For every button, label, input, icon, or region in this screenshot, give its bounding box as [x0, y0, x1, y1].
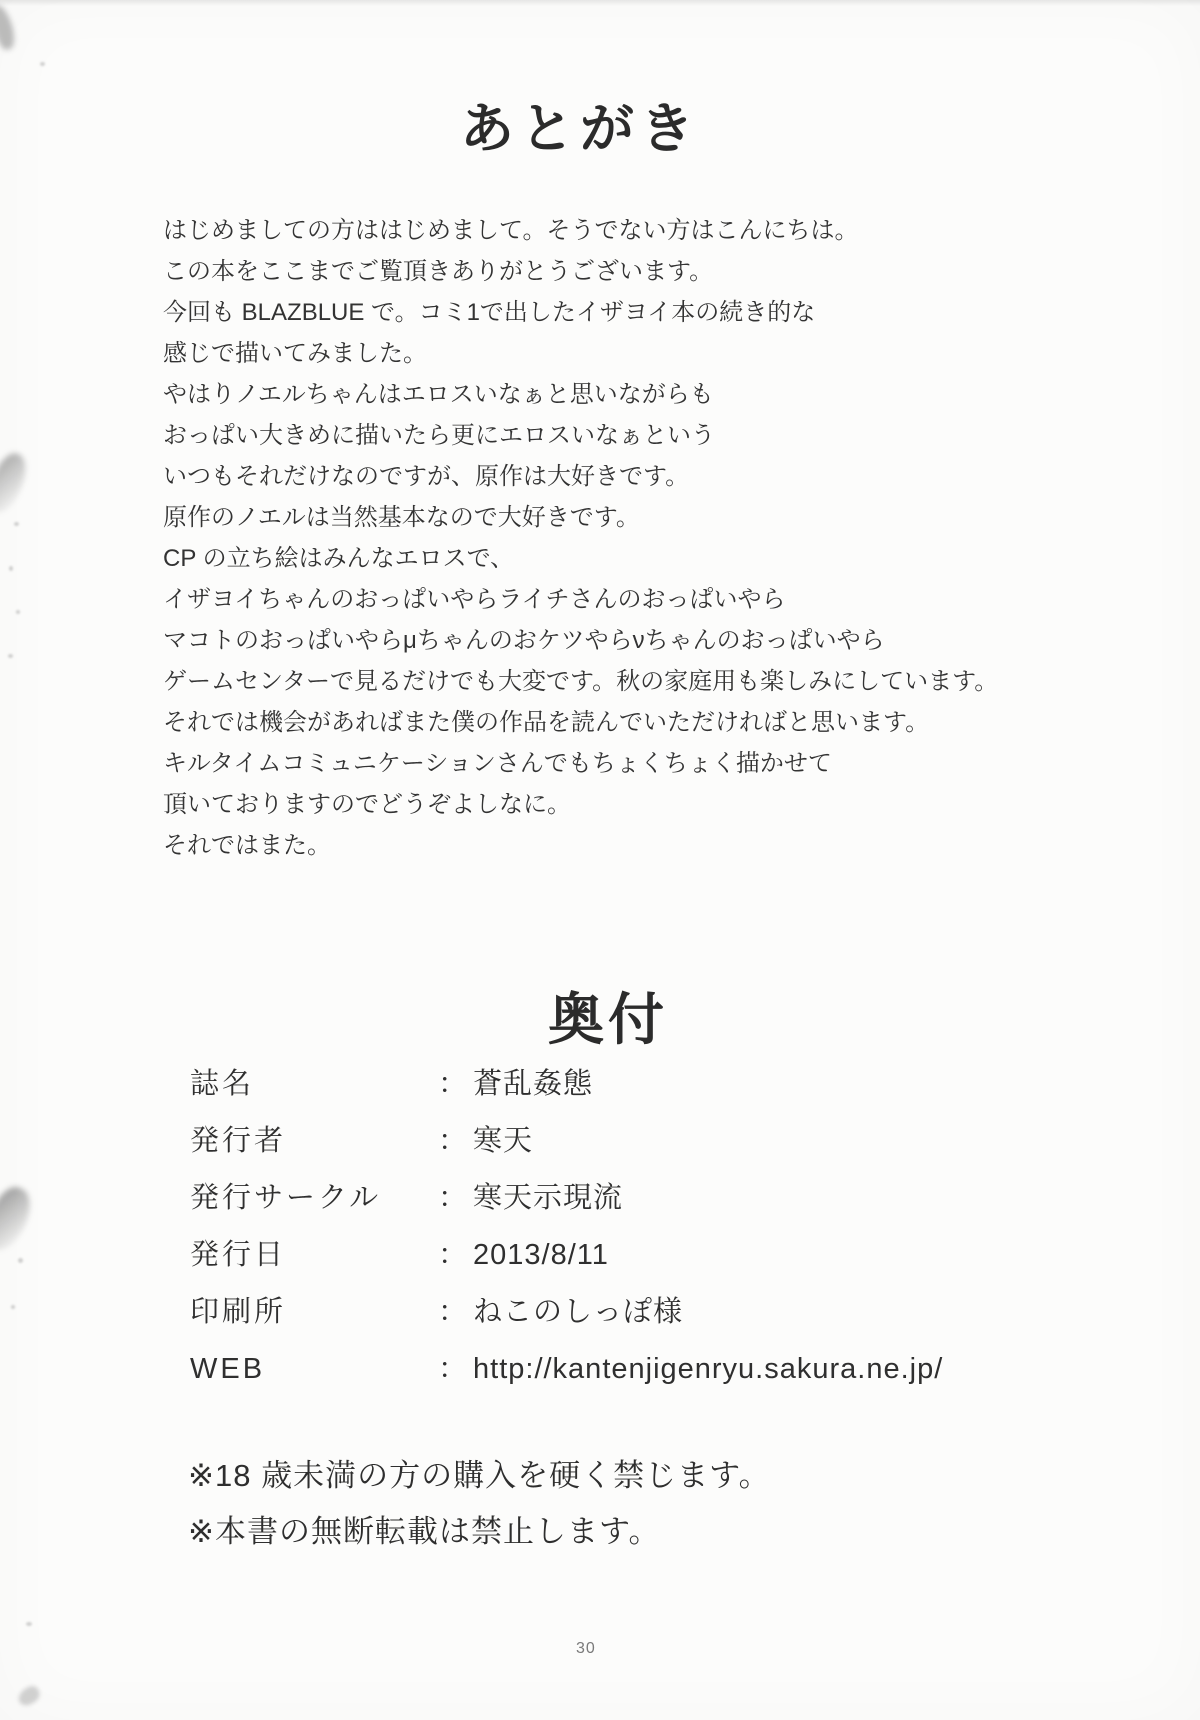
afterword-line: おっぱい大きめに描いたら更にエロスいなぁという	[163, 415, 1143, 456]
colophon-value: ねこのしっぽ様	[473, 1284, 683, 1341]
afterword-line: いつもそれだけなのですが、原作は大好きです。	[163, 456, 1143, 497]
colophon-colon: ：	[438, 1284, 467, 1341]
afterword-line: やはりノエルちゃんはエロスいなぁと思いながらも	[163, 374, 1143, 415]
afterword-line: はじめましての方ははじめまして。そうでない方はこんにちは。	[163, 210, 1143, 251]
colophon-row-circle: 発行サークル ： 寒天示現流	[190, 1170, 943, 1227]
colophon-colon: ：	[438, 1113, 467, 1170]
afterword-line: それではまた。	[163, 825, 1143, 866]
afterword-heading: あとがき	[0, 86, 1160, 163]
afterword-line: ゲームセンターで見るだけでも大変です。秋の家庭用も楽しみにしています。	[163, 661, 1143, 702]
colophon-label: 発行者	[190, 1113, 438, 1170]
scan-smudge	[15, 1684, 42, 1709]
colophon-colon: ：	[438, 1227, 467, 1284]
colophon-row-web: WEB ： http://kantenjigenryu.sakura.ne.jp…	[190, 1341, 943, 1398]
colophon-value: 寒天	[473, 1113, 533, 1170]
afterword-line: マコトのおっぱいやらμちゃんのおケツやらνちゃんのおっぱいやら	[163, 620, 1143, 661]
colophon-value: 2013/8/11	[473, 1227, 609, 1284]
scanned-doujin-afterword-page: あとがき はじめましての方ははじめまして。そうでない方はこんにちは。 この本をこ…	[0, 0, 1200, 1720]
afterword-line: キルタイムコミュニケーションさんでもちょくちょく描かせて	[163, 743, 1143, 784]
scan-speck	[14, 522, 19, 526]
afterword-line: 頂いておりますのでどうぞよしなに。	[163, 784, 1143, 825]
scan-speck	[26, 1622, 32, 1626]
colophon-row-printer: 印刷所 ： ねこのしっぽ様	[190, 1284, 943, 1341]
scan-smudge	[0, 1181, 39, 1256]
afterword-body: はじめましての方ははじめまして。そうでない方はこんにちは。 この本をここまでご覧…	[163, 210, 1143, 866]
scan-speck	[11, 1305, 15, 1309]
afterword-line: 原作のノエルは当然基本なので大好きです。	[163, 497, 1143, 538]
colophon-row-title: 誌名 ： 蒼乱姦態	[190, 1056, 943, 1113]
colophon-label: 発行サークル	[190, 1170, 438, 1227]
colophon-label: 誌名	[190, 1056, 438, 1113]
notice-age-restriction: ※18 歳未満の方の購入を硬く禁じます。	[188, 1448, 771, 1504]
scan-speck	[16, 610, 20, 614]
scan-speck	[18, 1258, 23, 1263]
colophon-value: 蒼乱姦態	[473, 1056, 593, 1113]
scan-smudge	[0, 2, 19, 51]
colophon-colon: ：	[438, 1056, 467, 1113]
afterword-line: CP の立ち絵はみんなエロスで、	[163, 538, 1143, 579]
colophon-colon: ：	[438, 1170, 467, 1227]
colophon-label: 発行日	[190, 1227, 438, 1284]
scan-smudge	[0, 449, 33, 518]
afterword-line: 感じで描いてみました。	[163, 333, 1143, 374]
notice-no-reproduction: ※本書の無断転載は禁止します。	[188, 1504, 771, 1560]
scan-edge-shading	[0, 0, 1200, 6]
colophon-row-publisher: 発行者 ： 寒天	[190, 1113, 943, 1170]
scan-speck	[40, 62, 45, 66]
afterword-line: 今回も BLAZBLUE で。コミ1で出したイザヨイ本の続き的な	[163, 292, 1143, 333]
colophon-label: WEB	[190, 1341, 438, 1398]
colophon-url: http://kantenjigenryu.sakura.ne.jp/	[473, 1341, 943, 1398]
scan-speck	[8, 654, 13, 658]
colophon-label: 印刷所	[190, 1284, 438, 1341]
page-number: 30	[576, 1640, 596, 1658]
notices: ※18 歳未満の方の購入を硬く禁じます。 ※本書の無断転載は禁止します。	[188, 1448, 771, 1560]
afterword-line: それでは機会があればまた僕の作品を読んでいただければと思います。	[163, 702, 1143, 743]
colophon-row-date: 発行日 ： 2013/8/11	[190, 1227, 943, 1284]
scan-speck	[9, 566, 13, 571]
afterword-line: イザヨイちゃんのおっぱいやらライチさんのおっぱいやら	[163, 579, 1143, 620]
colophon-heading: 奥付	[0, 976, 1200, 1056]
colophon-colon: ：	[438, 1341, 467, 1398]
colophon-value: 寒天示現流	[473, 1170, 623, 1227]
afterword-line: この本をここまでご覧頂きありがとうございます。	[163, 251, 1143, 292]
colophon-table: 誌名 ： 蒼乱姦態 発行者 ： 寒天 発行サークル ： 寒天示現流 発行日 ： …	[190, 1056, 943, 1398]
